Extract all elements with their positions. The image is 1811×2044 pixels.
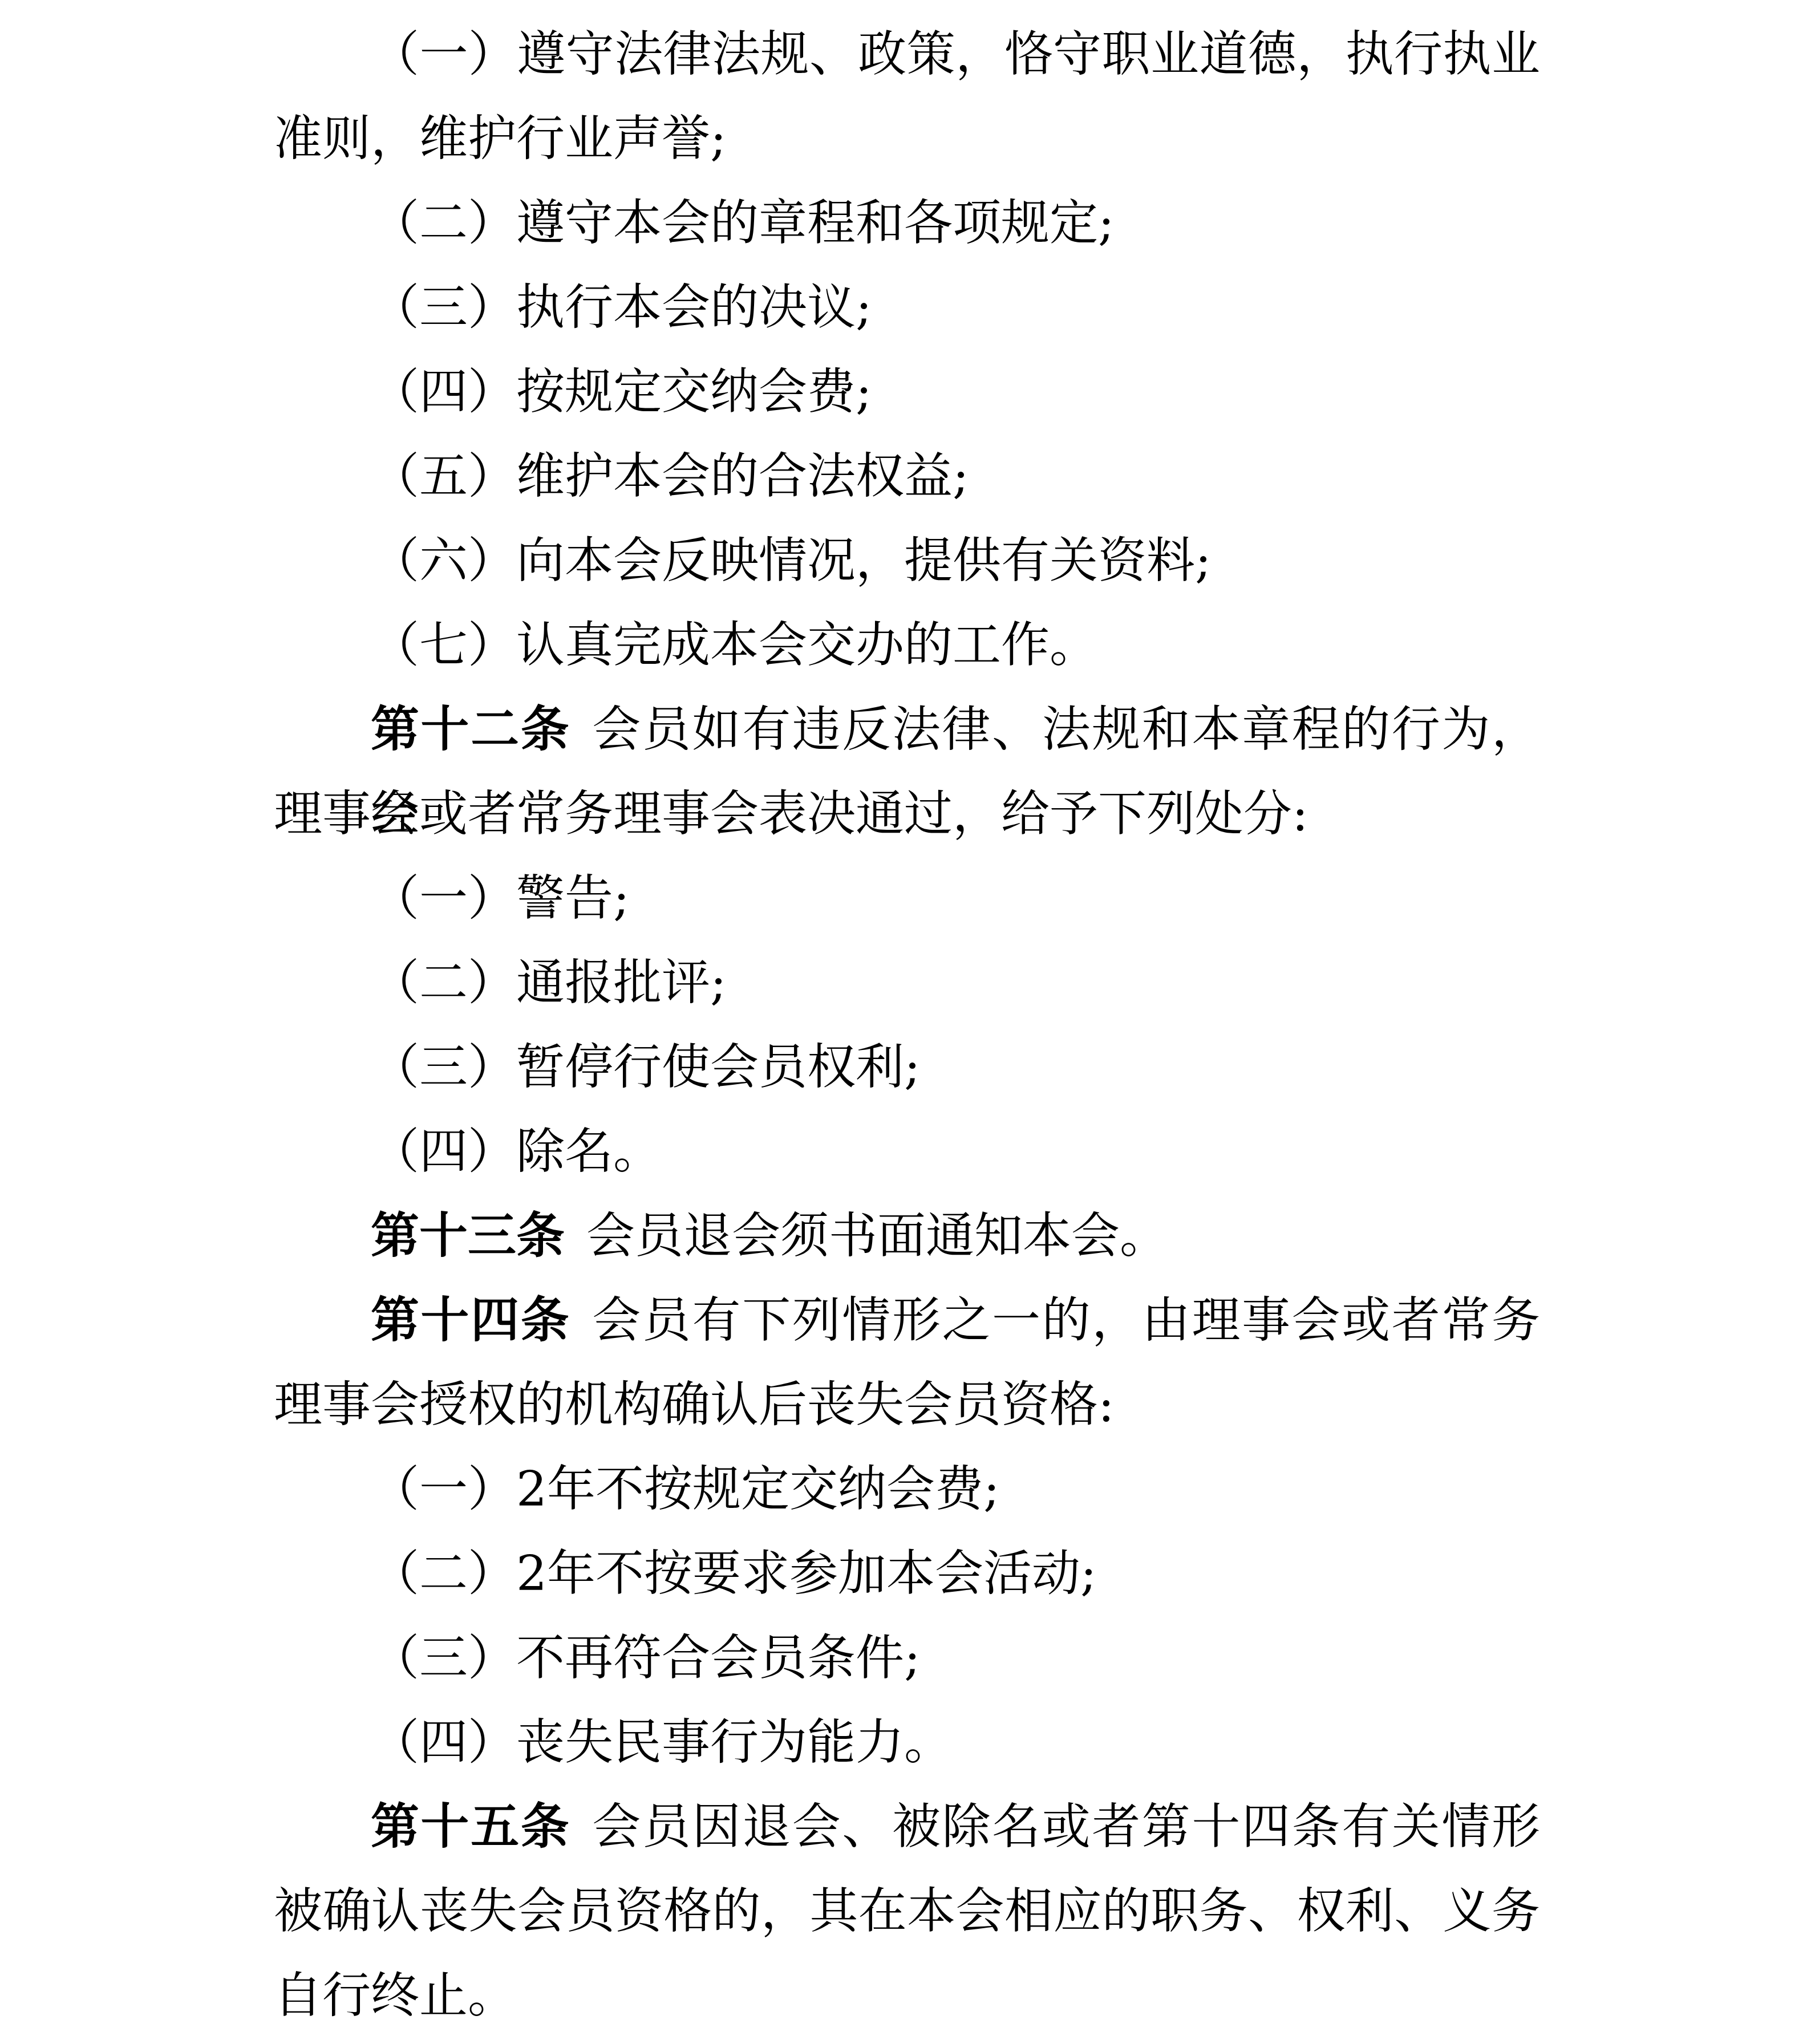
- article-number: 第十四条: [371, 1292, 570, 1349]
- text-line: 第十五条会员因退会、被除名或者第十四条有关情形: [274, 1785, 1540, 1869]
- text-line: （二）遵守本会的章程和各项规定;: [274, 181, 1540, 266]
- line-text: （三）不再符合会员条件;: [371, 1630, 921, 1686]
- text-line: 第十二条会员如有违反法律、法规和本章程的行为，经: [274, 688, 1540, 772]
- line-text: （四）丧失民事行为能力。: [371, 1714, 953, 1771]
- text-line: （二）2年不按要求参加本会活动;: [274, 1532, 1540, 1616]
- line-text: （一）2年不按规定交纳会费;: [371, 1461, 1000, 1518]
- line-text: 自行终止。: [274, 1968, 516, 2024]
- text-line: 被确认丧失会员资格的，其在本会相应的职务、权利、义务: [274, 1869, 1540, 1954]
- line-text: 准则，维护行业声誉;: [274, 111, 727, 167]
- text-line: （二）通报批评;: [274, 941, 1540, 1025]
- text-line: 理事会或者常务理事会表决通过，给予下列处分:: [274, 772, 1540, 857]
- line-text: （四）按规定交纳会费;: [371, 364, 872, 420]
- text-line: （四）按规定交纳会费;: [274, 350, 1540, 435]
- text-line: 理事会授权的机构确认后丧失会员资格:: [274, 1363, 1540, 1447]
- line-text: （七）认真完成本会交办的工作。: [371, 617, 1098, 674]
- line-text: （六）向本会反映情况，提供有关资料;: [371, 533, 1212, 589]
- text-line: （一）警告;: [274, 857, 1540, 941]
- text-line: （七）认真完成本会交办的工作。: [274, 603, 1540, 688]
- text-line: 准则，维护行业声誉;: [274, 97, 1540, 181]
- line-text: （二）遵守本会的章程和各项规定;: [371, 195, 1115, 252]
- text-line: （一）2年不按规定交纳会费;: [274, 1447, 1540, 1532]
- article-number: 第十二条: [371, 701, 570, 758]
- article-number: 第十五条: [371, 1799, 570, 1855]
- line-text: （三）暂停行使会员权利;: [371, 1039, 921, 1096]
- article-number: 第十三条: [371, 1208, 565, 1264]
- line-text: （三）执行本会的决议;: [371, 279, 872, 336]
- line-text: 理事会授权的机构确认后丧失会员资格:: [274, 1377, 1115, 1433]
- text-line: （五）维护本会的合法权益;: [274, 435, 1540, 519]
- line-text: （二）通报批评;: [371, 955, 727, 1011]
- text-line: （六）向本会反映情况，提供有关资料;: [274, 519, 1540, 603]
- text-line: （一）遵守法律法规、政策，恪守职业道德，执行执业: [274, 13, 1540, 97]
- text-line: （四）除名。: [274, 1110, 1540, 1194]
- text-line: （三）暂停行使会员权利;: [274, 1025, 1540, 1110]
- text-line: 自行终止。: [274, 1954, 1540, 2038]
- text-line: （四）丧失民事行为能力。: [274, 1701, 1540, 1785]
- line-text: 理事会或者常务理事会表决通过，给予下列处分:: [274, 786, 1308, 842]
- document-text-block: （一）遵守法律法规、政策，恪守职业道德，执行执业准则，维护行业声誉;（二）遵守本…: [274, 13, 1540, 2038]
- line-text: 会员因退会、被除名或者第十四条有关情形: [592, 1799, 1540, 1855]
- text-line: 第十三条会员退会须书面通知本会。: [274, 1194, 1540, 1279]
- line-text: （五）维护本会的合法权益;: [371, 448, 969, 505]
- line-text: 会员退会须书面通知本会。: [586, 1208, 1168, 1264]
- document-page: （一）遵守法律法规、政策，恪守职业道德，执行执业准则，维护行业声誉;（二）遵守本…: [0, 0, 1811, 2044]
- text-line: （三）执行本会的决议;: [274, 266, 1540, 350]
- text-line: 第十四条会员有下列情形之一的，由理事会或者常务: [274, 1279, 1540, 1363]
- line-text: （一）警告;: [371, 870, 630, 927]
- line-text: 会员有下列情形之一的，由理事会或者常务: [592, 1292, 1540, 1349]
- line-text: （四）除名。: [371, 1124, 662, 1180]
- line-text: （二）2年不按要求参加本会活动;: [371, 1546, 1097, 1602]
- line-text: （一）遵守法律法规、政策，恪守职业道德，执行执业: [371, 26, 1540, 83]
- text-line: （三）不再符合会员条件;: [274, 1616, 1540, 1701]
- line-text: 被确认丧失会员资格的，其在本会相应的职务、权利、义务: [274, 1883, 1540, 1940]
